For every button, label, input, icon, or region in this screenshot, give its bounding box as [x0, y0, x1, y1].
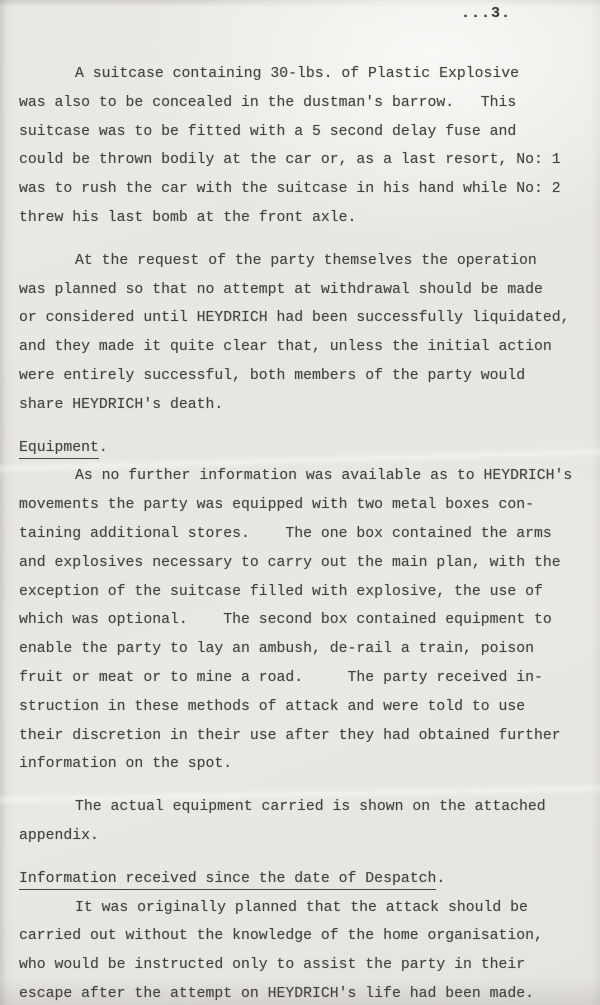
heading-information-received: Information received since the date of D…	[19, 865, 582, 894]
page-number: ...3.	[461, 5, 511, 22]
text-line: The actual equipment carried is shown on…	[19, 793, 582, 822]
text-line: was also to be concealed in the dustman'…	[19, 89, 582, 118]
text-line: movements the party was equipped with tw…	[19, 491, 582, 520]
heading-equipment-text: Equipment	[19, 440, 99, 459]
paragraph-appendix: The actual equipment carried is shown on…	[19, 793, 582, 851]
paragraph-equipment-detail: As no further information was available …	[19, 462, 582, 779]
text-line: struction in these methods of attack and…	[19, 693, 582, 722]
paragraph-original-plan: It was originally planned that the attac…	[19, 894, 582, 1005]
heading-equipment-period: .	[99, 440, 108, 456]
text-line: and they made it quite clear that, unles…	[19, 333, 582, 362]
text-line: carried out without the knowledge of the…	[19, 922, 582, 951]
text-line: escape after the attempt on HEYDRICH's l…	[19, 980, 582, 1005]
paragraph-operation-plan: At the request of the party themselves t…	[19, 247, 582, 420]
text-line: appendix.	[19, 822, 582, 851]
text-line: could be thrown bodily at the car or, as…	[19, 146, 582, 175]
text-line: fruit or meat or to mine a road. The par…	[19, 664, 582, 693]
text-line: suitcase was to be fitted with a 5 secon…	[19, 118, 582, 147]
text-line: were entirely successful, both members o…	[19, 362, 582, 391]
text-line: who would be instructed only to assist t…	[19, 951, 582, 980]
text-line: enable the party to lay an ambush, de-ra…	[19, 635, 582, 664]
text-line: their discretion in their use after they…	[19, 722, 582, 751]
text-line: At the request of the party themselves t…	[19, 247, 582, 276]
text-line: which was optional. The second box conta…	[19, 606, 582, 635]
heading-information-period: .	[436, 871, 445, 887]
document-body: A suitcase containing 30-lbs. of Plastic…	[0, 60, 600, 1005]
text-line: was to rush the car with the suitcase in…	[19, 175, 582, 204]
heading-information-text: Information received since the date of D…	[19, 871, 436, 890]
paragraph-suitcase: A suitcase containing 30-lbs. of Plastic…	[19, 60, 582, 233]
text-line: share HEYDRICH's death.	[19, 391, 582, 420]
text-line: taining additional stores. The one box c…	[19, 520, 582, 549]
text-line: It was originally planned that the attac…	[19, 894, 582, 923]
text-line: exception of the suitcase filled with ex…	[19, 578, 582, 607]
text-line: threw his last bomb at the front axle.	[19, 204, 582, 233]
text-line: or considered until HEYDRICH had been su…	[19, 304, 582, 333]
text-line: A suitcase containing 30-lbs. of Plastic…	[19, 60, 582, 89]
text-line: As no further information was available …	[19, 462, 582, 491]
heading-equipment: Equipment.	[19, 434, 582, 463]
text-line: was planned so that no attempt at withdr…	[19, 276, 582, 305]
document-page: ...3. A suitcase containing 30-lbs. of P…	[0, 0, 600, 1005]
text-line: information on the spot.	[19, 750, 582, 779]
text-line: and explosives necessary to carry out th…	[19, 549, 582, 578]
